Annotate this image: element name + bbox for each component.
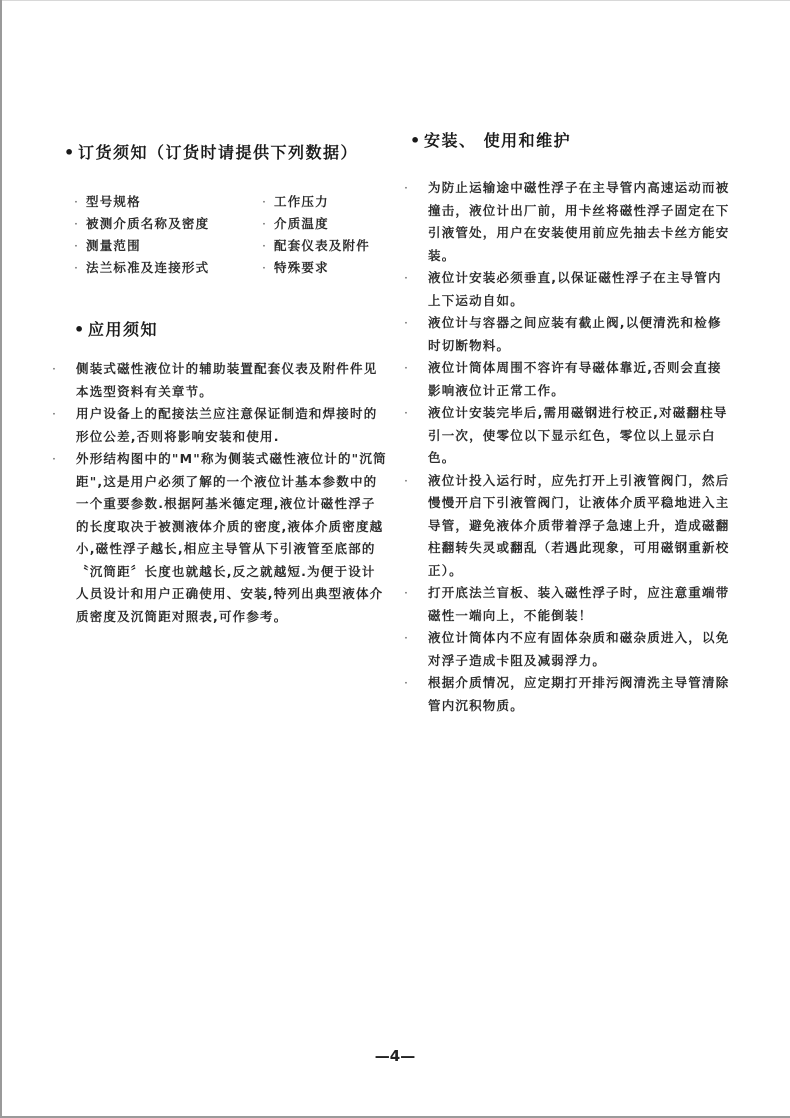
item-bullet-icon: · (74, 193, 86, 211)
item-bullet-icon: · (416, 267, 428, 290)
application-paragraphs: ·侧装式磁性液位计的辅助装置配套仪表及附件件见本选型资料有关章节。 ·用户设备上… (64, 358, 389, 628)
installation-paragraph: ·液位计安装完毕后,需用磁钢进行校正,对磁翻柱导引一次，使零位以下显示红色，零位… (416, 402, 734, 470)
section-bullet-icon: • (64, 143, 78, 162)
item-bullet-icon: · (416, 177, 428, 200)
item-bullet-icon: · (262, 215, 274, 233)
left-column: •订货须知（订货时请提供下列数据） ·型号规格 ·工作压力 ·被测介质名称及密度… (64, 140, 404, 628)
installation-paragraph: ·液位计筒体周围不容许有导磁体靠近,否则会直接影响液位计正常工作。 (416, 357, 734, 402)
item-bullet-icon: · (64, 403, 76, 426)
ordering-item: ·配套仪表及附件 (262, 237, 402, 255)
item-bullet-icon: · (262, 237, 274, 255)
application-section-title: •应用须知 (74, 317, 404, 340)
ordering-item: ·工作压力 (262, 193, 402, 211)
ordering-item: ·特殊要求 (262, 259, 402, 277)
page-number: —4— (0, 1047, 790, 1065)
application-paragraph: ·用户设备上的配接法兰应注意保证制造和焊接时的形位公差,否则将影响安装和使用. (64, 403, 389, 448)
installation-paragraph: ·液位计安装必须垂直,以保证磁性浮子在主导管内上下运动自如。 (416, 267, 734, 312)
item-bullet-icon: · (74, 237, 86, 255)
item-bullet-icon: · (74, 259, 86, 277)
application-paragraph: ·侧装式磁性液位计的辅助装置配套仪表及附件件见本选型资料有关章节。 (64, 358, 389, 403)
section-bullet-icon: • (410, 131, 424, 150)
installation-paragraphs: ·为防止运输途中磁性浮子在主导管内高速运动而被撞击，液位计出厂前，用卡丝将磁性浮… (416, 177, 734, 717)
item-bullet-icon: · (416, 582, 428, 605)
item-bullet-icon: · (262, 193, 274, 211)
page-edge-left (0, 0, 2, 1118)
ordering-section-title: •订货须知（订货时请提供下列数据） (64, 140, 404, 163)
ordering-item: ·型号规格 (74, 193, 262, 211)
section-bullet-icon: • (74, 320, 88, 339)
page-edge-top (0, 0, 790, 1)
installation-paragraph: ·液位计投入运行时，应先打开上引液管阀门，然后慢慢开启下引液管阀门，让液体介质平… (416, 470, 734, 583)
application-paragraph: ·外形结构图中的"M"称为侧装式磁性液位计的"沉筒距",这是用户必须了解的一个液… (64, 448, 389, 628)
installation-paragraph: ·根据介质情况，应定期打开排污阀清洗主导管清除管内沉积物质。 (416, 672, 734, 717)
ordering-item: ·法兰标准及连接形式 (74, 259, 262, 277)
item-bullet-icon: · (416, 627, 428, 650)
ordering-items-grid: ·型号规格 ·工作压力 ·被测介质名称及密度 ·介质温度 ·测量范围 ·配套仪表… (74, 193, 404, 277)
ordering-item: ·介质温度 (262, 215, 402, 233)
installation-paragraph: ·为防止运输途中磁性浮子在主导管内高速运动而被撞击，液位计出厂前，用卡丝将磁性浮… (416, 177, 734, 267)
right-column: •安装、 使用和维护 ·为防止运输途中磁性浮子在主导管内高速运动而被撞击，液位计… (410, 128, 755, 717)
ordering-item: ·测量范围 (74, 237, 262, 255)
item-bullet-icon: · (416, 672, 428, 695)
installation-section-title: •安装、 使用和维护 (410, 128, 755, 151)
installation-paragraph: ·打开底法兰盲板、装入磁性浮子时，应注意重端带磁性一端向上，不能倒装！ (416, 582, 734, 627)
item-bullet-icon: · (262, 259, 274, 277)
installation-paragraph: ·液位计与容器之间应装有截止阀,以便清洗和检修时切断物料。 (416, 312, 734, 357)
item-bullet-icon: · (64, 448, 76, 471)
ordering-item: ·被测介质名称及密度 (74, 215, 262, 233)
item-bullet-icon: · (416, 312, 428, 335)
item-bullet-icon: · (74, 215, 86, 233)
item-bullet-icon: · (64, 358, 76, 381)
item-bullet-icon: · (416, 470, 428, 493)
item-bullet-icon: · (416, 357, 428, 380)
installation-paragraph: ·液位计筒体内不应有固体杂质和磁杂质进入，以免对浮子造成卡阻及减弱浮力。 (416, 627, 734, 672)
item-bullet-icon: · (416, 402, 428, 425)
